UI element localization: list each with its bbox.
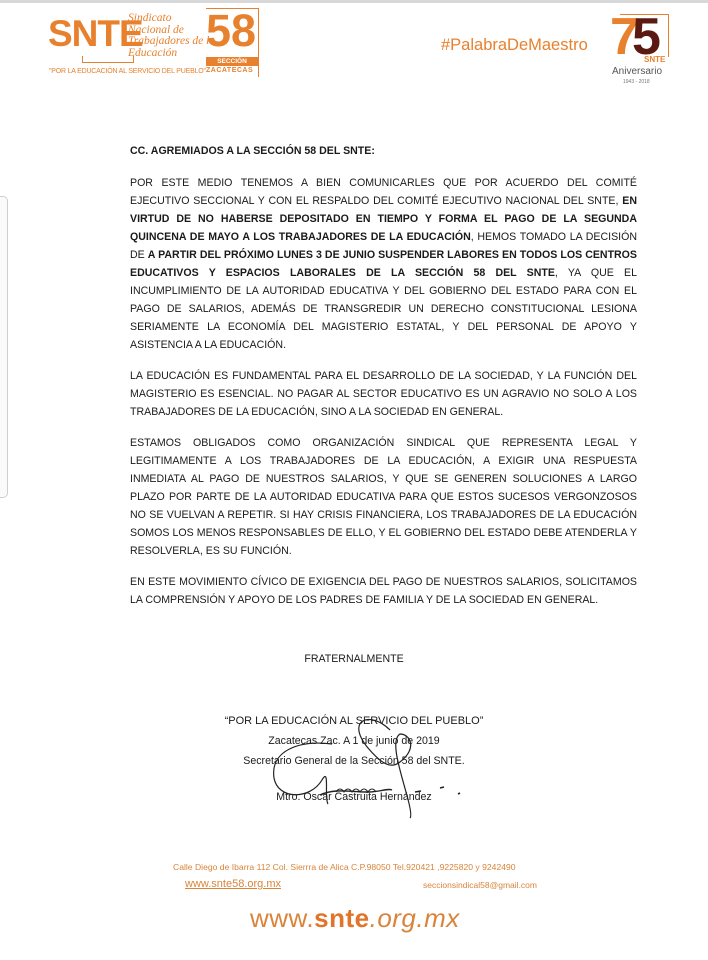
snte-logo-fullname: Sindicato Nacional de Trabajadores de la… [128,13,215,59]
snte-name-line: Educación [128,48,215,60]
snte-logo-roof-shape [82,56,134,63]
salutation: CC. AGREMIADOS A LA SECCIÓN 58 DEL SNTE: [130,142,637,160]
paragraph-1: POR ESTE MEDIO TENEMOS A BIEN COMUNICARL… [130,174,637,354]
p1-text: POR ESTE MEDIO TENEMOS A BIEN COMUNICARL… [130,177,637,207]
footer-website-link[interactable]: www.snte58.org.mx [185,878,281,890]
paragraph-2: LA EDUCACIÓN ES FUNDAMENTAL PARA EL DESA… [130,367,637,421]
big-site-brand: snte [314,903,369,933]
signer-name: Mtro. Oscar Castruita Hernández [0,791,708,803]
footer-big-website[interactable]: www.snte.org.mx [250,903,460,934]
anniversary-years: 1943 - 2018 [623,79,650,85]
snte-logo: SNTE [48,12,138,60]
big-site-suffix: .org.mx [370,903,460,933]
big-site-prefix: www. [250,903,314,933]
anniversary-brand: SNTE [644,55,665,64]
footer-email[interactable]: seccionsindical58@gmail.com [423,880,537,890]
section-state: ZACATECAS [206,67,253,74]
paragraph-3: ESTAMOS OBLIGADOS COMO ORGANIZACIÓN SIND… [130,434,637,560]
top-status-strip [0,0,708,3]
snte-logo-motto: "POR LA EDUCACIÓN AL SERVICIO DEL PUEBLO… [49,68,206,75]
footer-address: Calle Diego de Ibarra 112 Col. Sierrra d… [173,862,516,872]
closing-phrase: FRATERNALMENTE [0,653,708,665]
hashtag: #PalabraDeMaestro [441,36,588,55]
snte-name-line: Trabajadores de la [128,36,215,48]
letter-body: CC. AGREMIADOS A LA SECCIÓN 58 DEL SNTE:… [130,142,637,622]
side-edge-handle[interactable] [0,196,8,498]
anniversary-label: Aniversario [612,66,662,77]
place-date: Zacatecas Zac. A 1 de junio de 2019 [0,735,708,747]
closing-motto: “POR LA EDUCACIÓN AL SERVICIO DEL PUEBLO… [0,715,708,727]
section-label: SECCIÓN [206,57,258,66]
snte-name-line: Sindicato [128,13,215,25]
paragraph-4: EN ESTE MOVIMIENTO CÍVICO DE EXIGENCIA D… [130,573,637,609]
section-58-number: 58 [206,6,256,56]
p1-text: , YA QUE EL INCUMPLIMIENTO DE LA AUTORID… [130,267,637,351]
signer-role: Secretario General de la Sección 58 del … [0,755,708,767]
